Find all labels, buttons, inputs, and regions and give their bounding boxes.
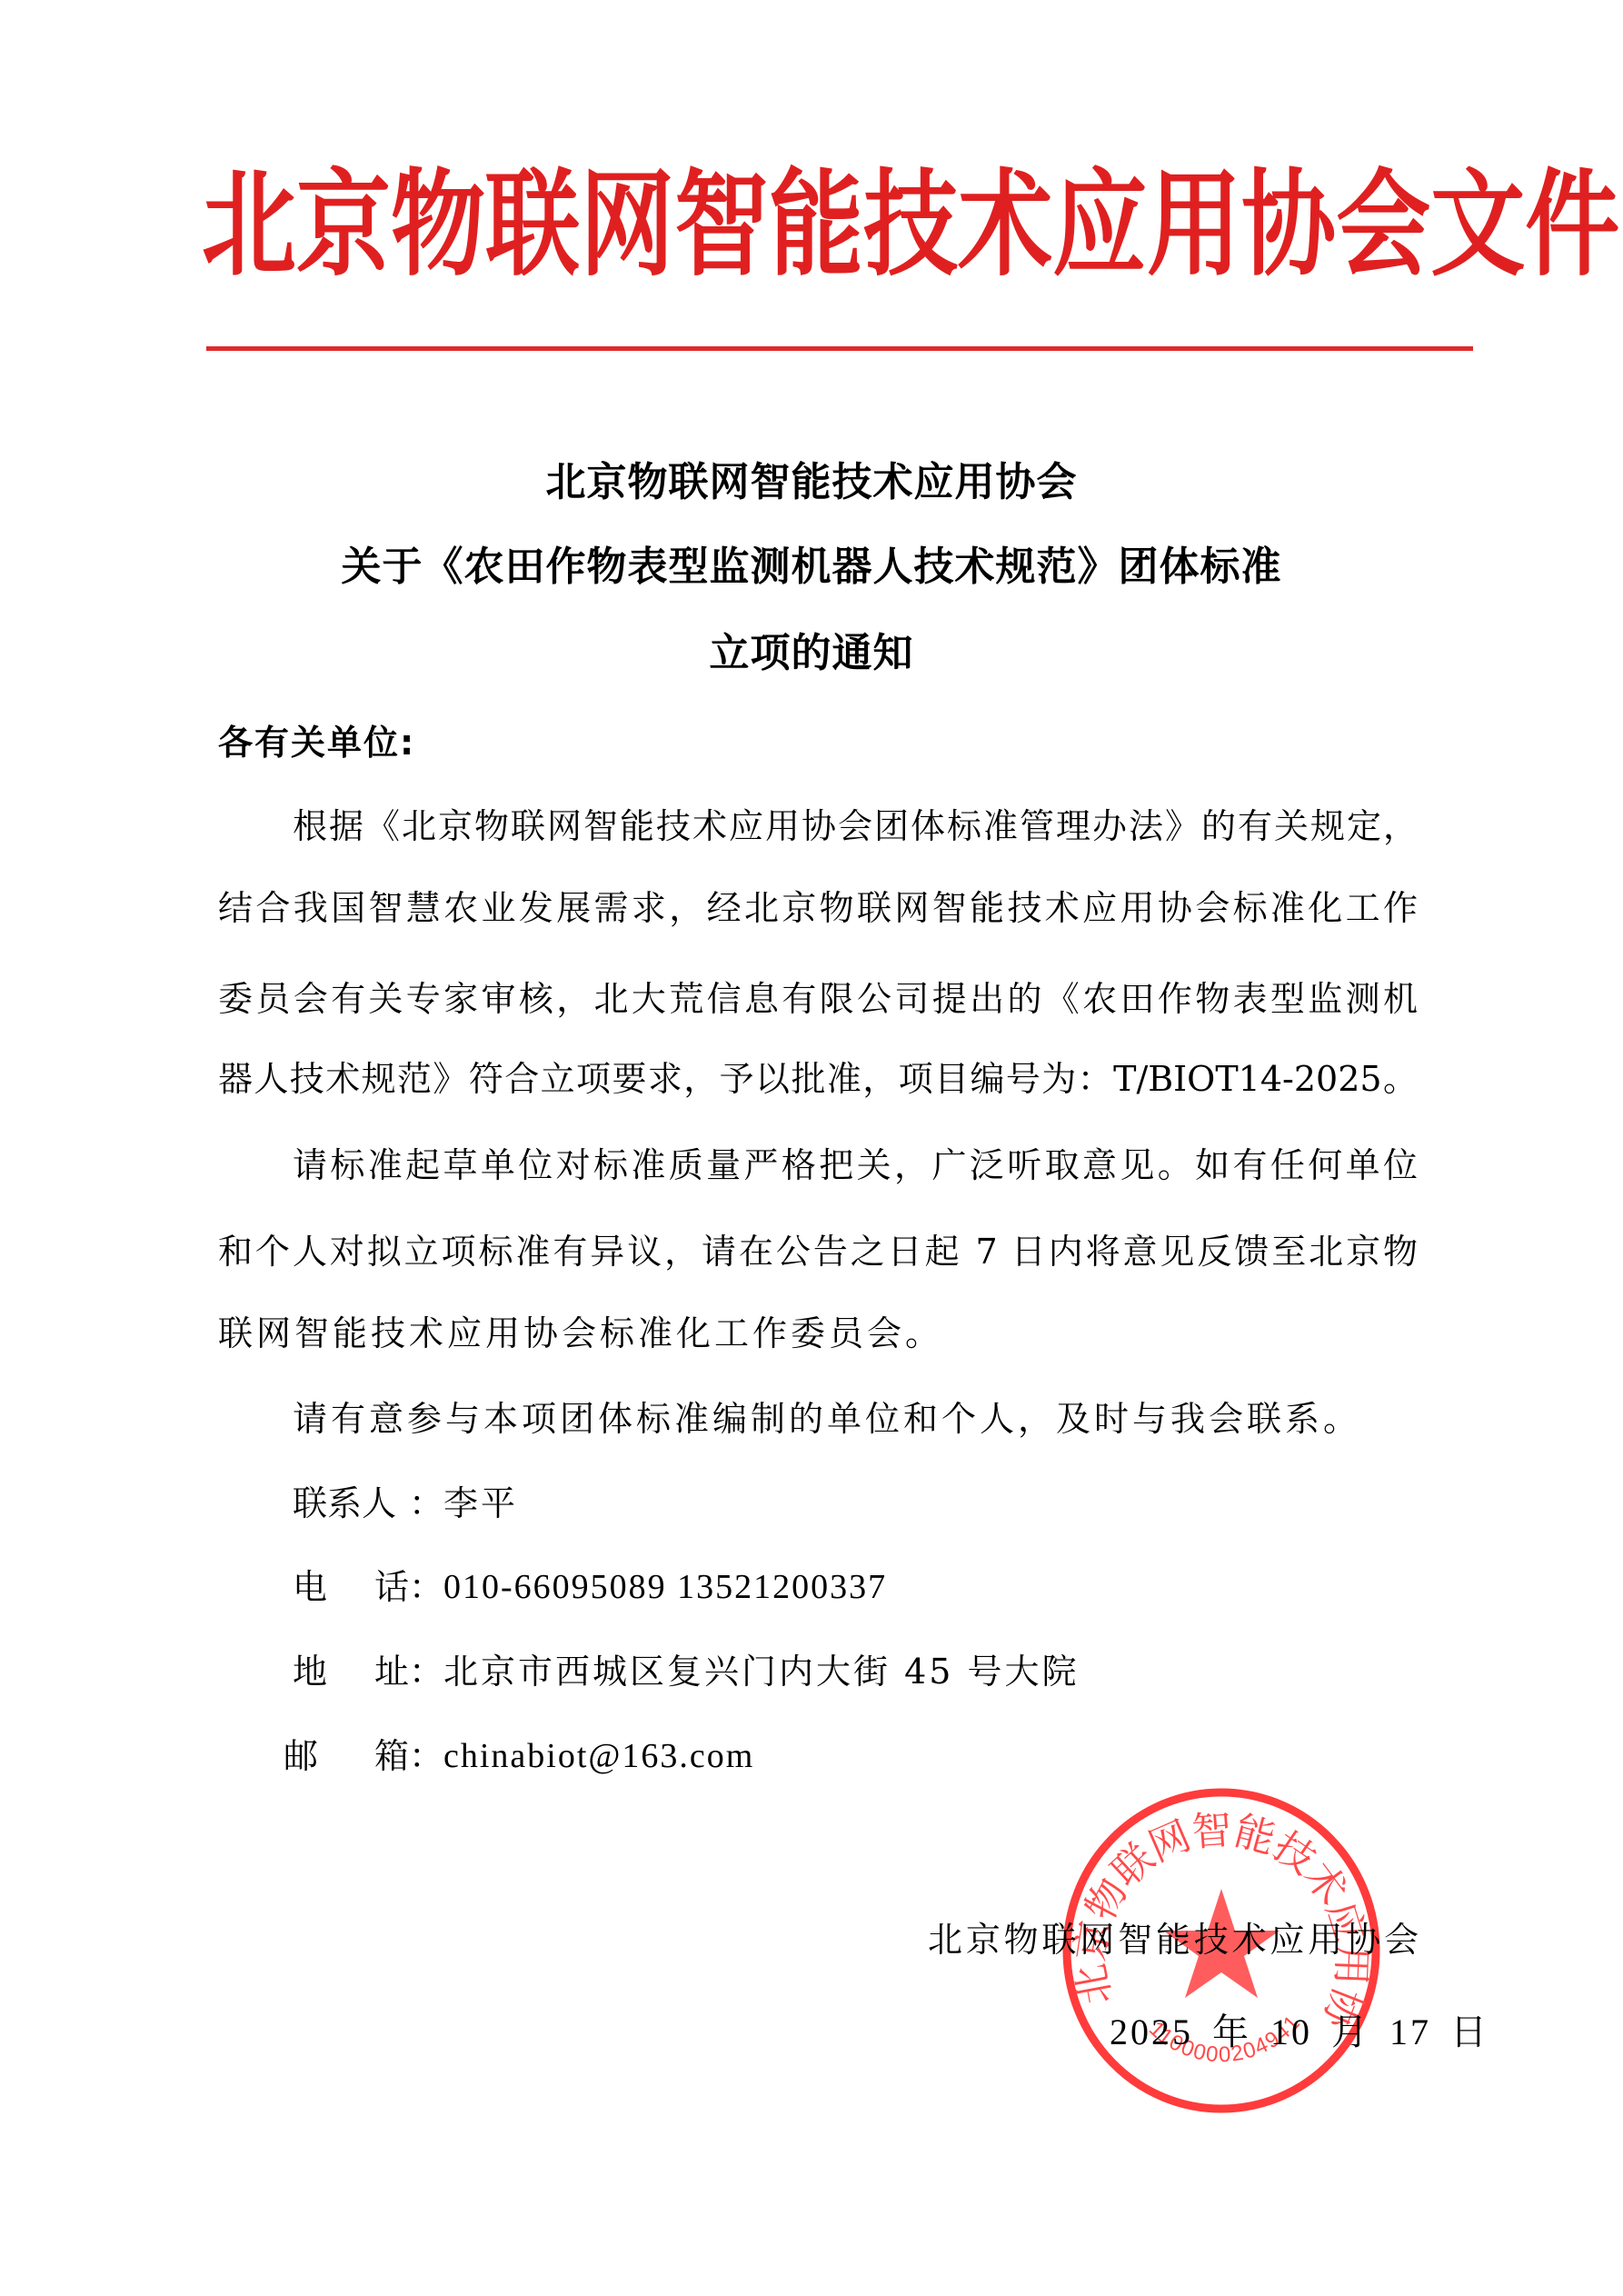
masthead-char: 京 [296, 142, 391, 308]
masthead-char: 智 [674, 142, 769, 308]
contact-phone-label-a: 电 [293, 1562, 327, 1612]
notice-title-line-1: 北京物联网智能技术应用协会 [0, 455, 1623, 510]
contact-email-link[interactable]: chinabiot@163.com [443, 1731, 754, 1782]
signature-date: 2025 年 10 月 17 日 [1110, 2007, 1419, 2058]
notice-title-line-3: 立项的通知 [0, 626, 1623, 681]
paragraph-2-line: 和个人对拟立项标准有异议，请在公告之日起 7 日内将意见反馈至北京物 [218, 1226, 1418, 1277]
paragraph-3-line: 请有意参与本项团体标准编制的单位和个人，及时与我会联系。 [293, 1393, 1418, 1444]
contact-phone-label-b: 话 [374, 1562, 409, 1612]
paragraph-1-line: 器人技术规范》符合立项要求，予以批准，项目编号为：T/BIOT14-2025。 [218, 1053, 1418, 1104]
masthead-char: 术 [958, 142, 1052, 308]
paragraph-2-line: 请标准起草单位对标准质量严格把关，广泛听取意见。如有任何单位 [293, 1140, 1418, 1191]
contact-address-value: 北京市西城区复兴门内大街 45 号大院 [443, 1646, 1080, 1697]
contact-address-label-b: 址 [374, 1646, 409, 1697]
notice-title-line-2: 关于《农田作物表型监测机器人技术规范》团体标准 [0, 540, 1623, 594]
masthead-char: 应 [1052, 142, 1147, 308]
paragraph-1-line: 委员会有关专家审核，北大荒信息有限公司提出的《农田作物表型监测机 [218, 973, 1418, 1024]
contact-address-label-a: 地 [293, 1646, 327, 1697]
contact-address-row: 地 址 ： 北京市西城区复兴门内大街 45 号大院 [293, 1646, 1080, 1697]
contact-person-label: 联系人 [293, 1478, 409, 1529]
contact-email-colon: ： [409, 1731, 443, 1782]
contact-person-row: 联系人 ： 李平 [293, 1478, 518, 1529]
masthead-char: 用 [1147, 142, 1241, 308]
masthead-divider [206, 346, 1473, 351]
contact-person-value: 李平 [443, 1478, 518, 1529]
contact-email-label-b: 箱 [374, 1731, 409, 1782]
salutation: 各有关单位: [218, 717, 415, 768]
paragraph-1-line: 根据《北京物联网智能技术应用协会团体标准管理办法》的有关规定， [293, 801, 1418, 852]
contact-phone-value: 010-66095089 13521200337 [443, 1562, 887, 1612]
masthead-char: 联 [485, 142, 580, 308]
contact-email-label: 邮 箱 [284, 1731, 409, 1782]
document-masthead: 北 京 物 联 网 智 能 技 术 应 用 协 会 文 件 [202, 142, 1485, 308]
contact-address-label: 地 址 [293, 1646, 409, 1697]
masthead-char: 网 [580, 142, 674, 308]
masthead-char: 北 [202, 142, 296, 308]
signature-organization: 北京物联网智能技术应用协会 [928, 1914, 1419, 1965]
masthead-char: 协 [1241, 142, 1336, 308]
contact-email-label-a: 邮 [284, 1731, 318, 1782]
masthead-char: 物 [391, 142, 485, 308]
contact-email-row: 邮 箱 ： chinabiot@163.com [284, 1731, 754, 1782]
masthead-char: 件 [1525, 142, 1619, 308]
paragraph-1-line: 结合我国智慧农业发展需求，经北京物联网智能技术应用协会标准化工作 [218, 883, 1418, 933]
contact-phone-row: 电 话 ： 010-66095089 13521200337 [293, 1562, 887, 1612]
paragraph-2-line: 联网智能技术应用协会标准化工作委员会。 [218, 1308, 1418, 1359]
contact-address-colon: ： [409, 1646, 443, 1697]
contact-phone-label: 电 话 [293, 1562, 409, 1612]
masthead-char: 文 [1430, 142, 1525, 308]
masthead-char: 能 [769, 142, 863, 308]
masthead-char: 技 [863, 142, 958, 308]
masthead-char: 会 [1336, 142, 1430, 308]
contact-person-colon: ： [409, 1478, 443, 1529]
contact-phone-colon: ： [409, 1562, 443, 1612]
